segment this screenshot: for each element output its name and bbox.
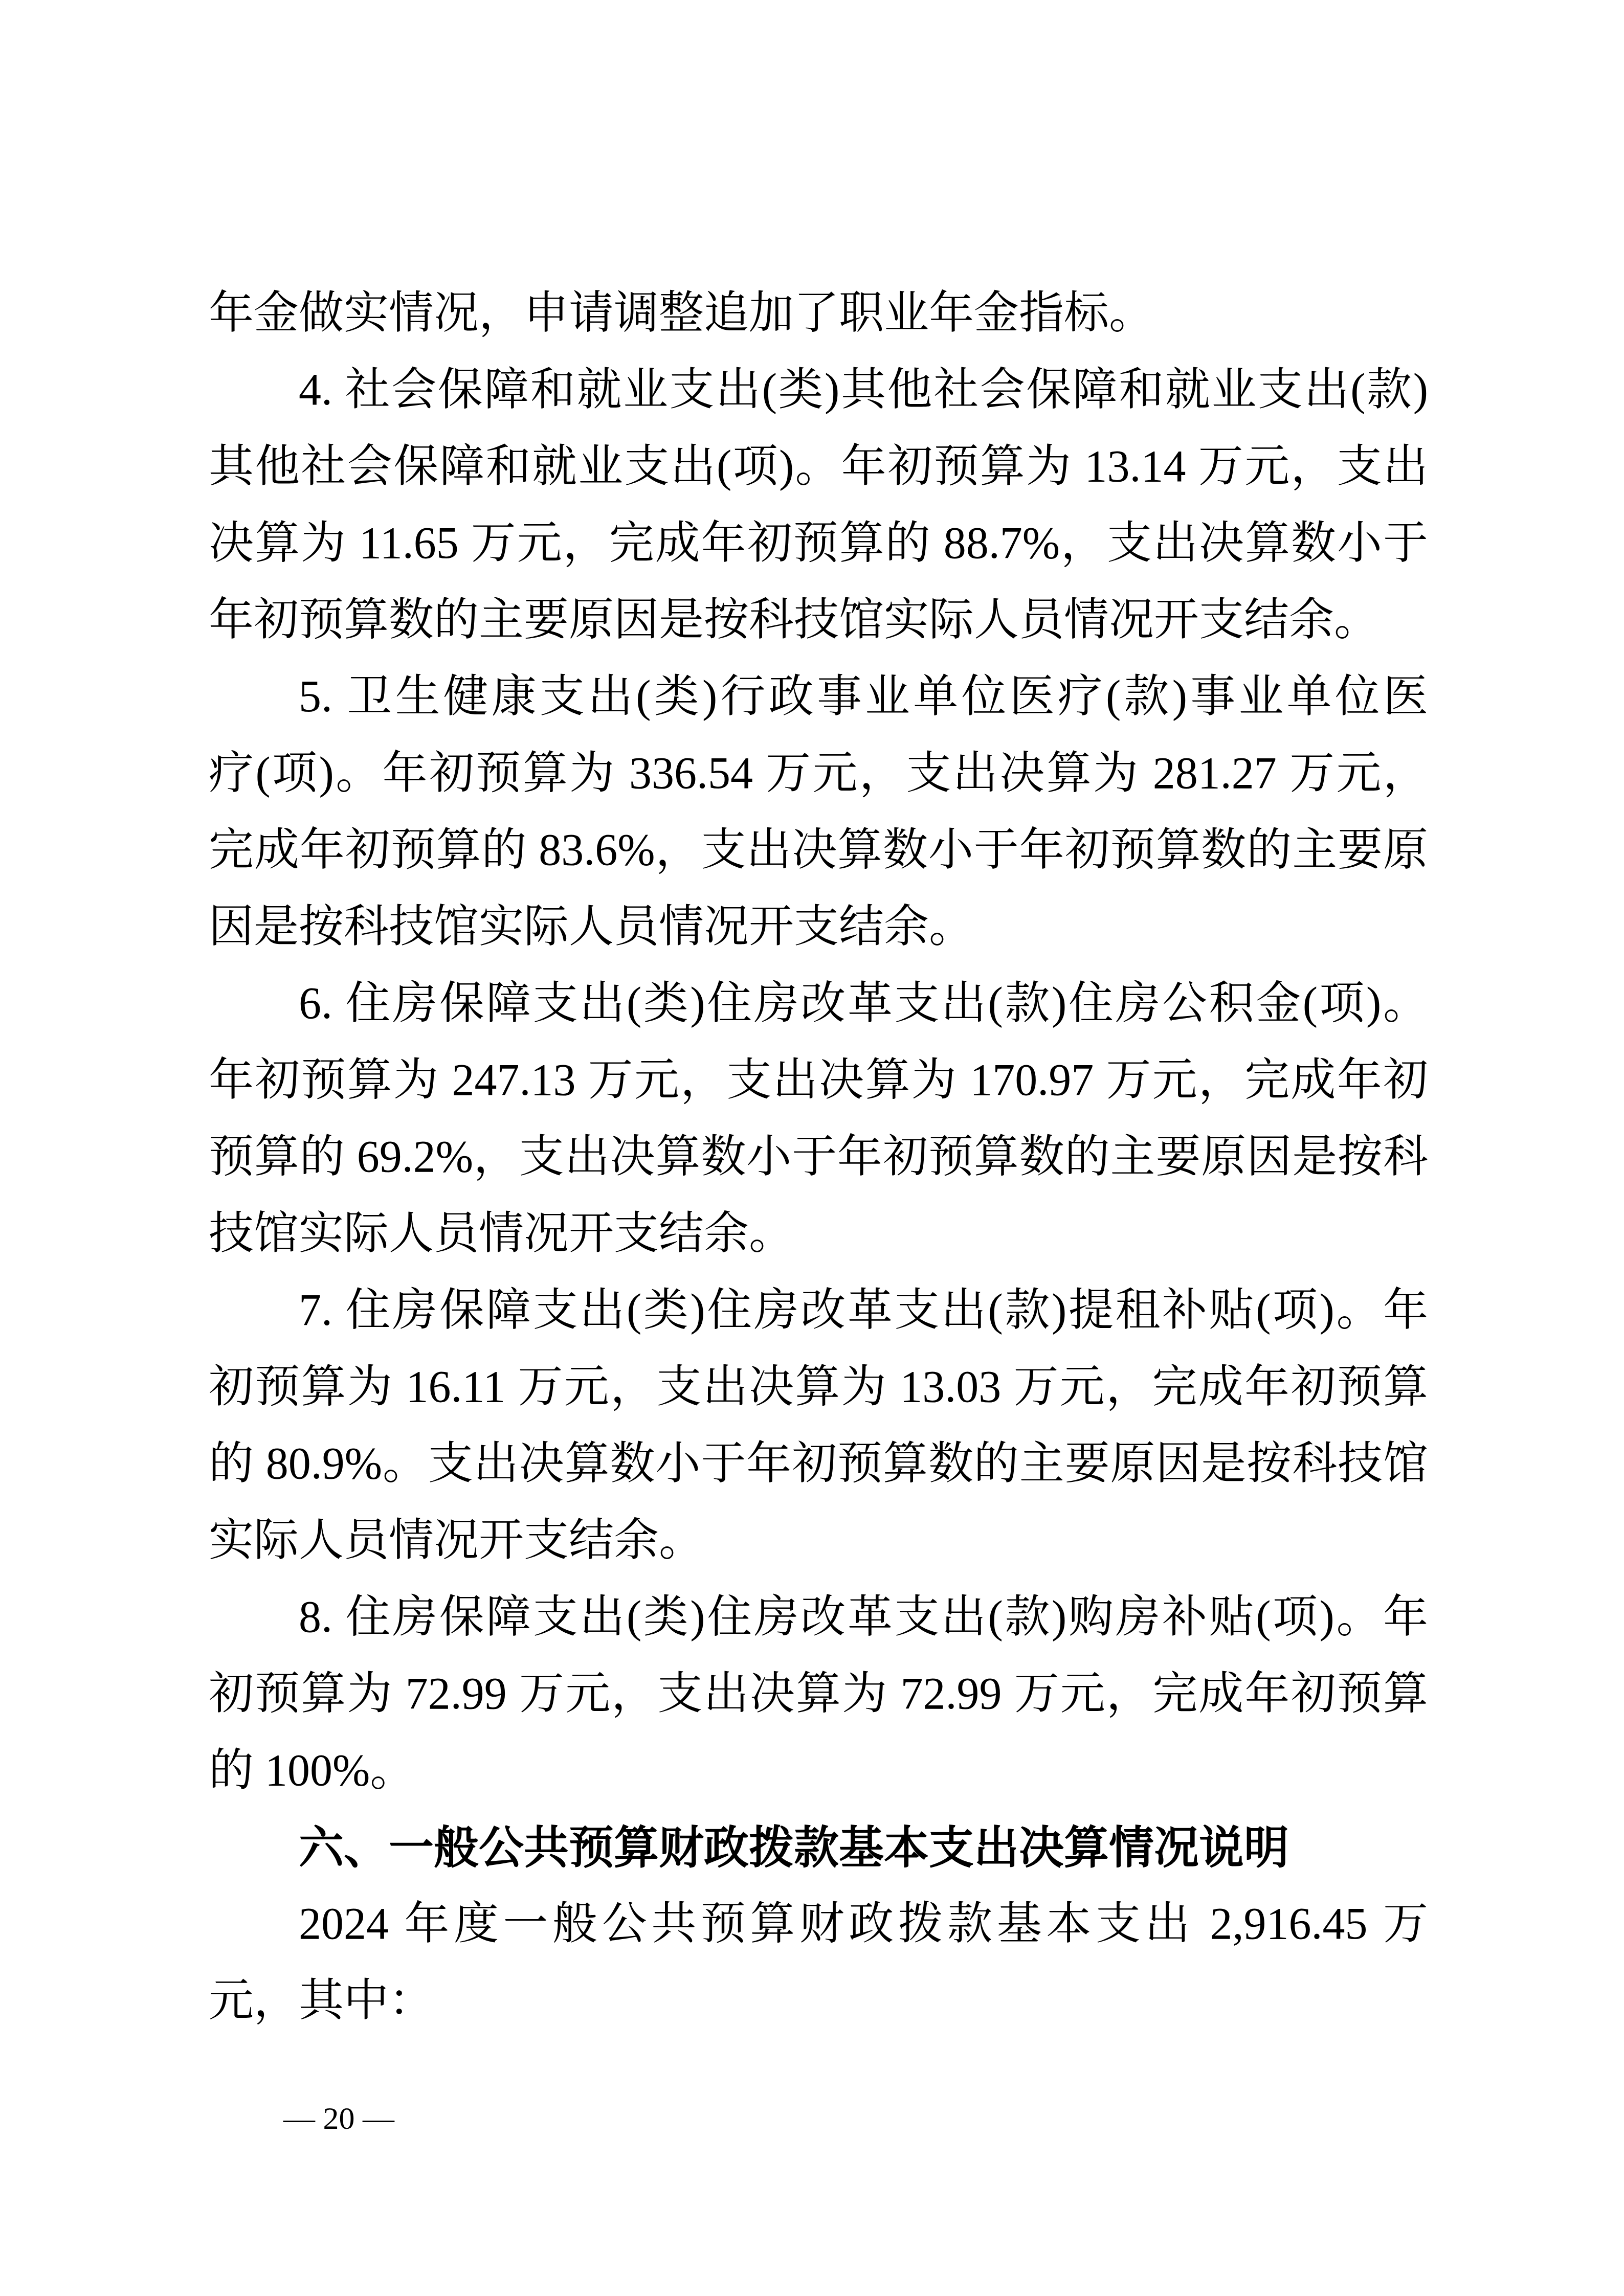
text-line: 6. 住房保障支出(类)住房改革支出(款)住房公积金(项)。: [209, 965, 1428, 1042]
text-line: 预算的 69.2%，支出决算数小于年初预算数的主要原因是按科: [209, 1119, 1428, 1196]
text-line: 完成年初预算的 83.6%，支出决算数小于年初预算数的主要原: [209, 812, 1428, 889]
text-line: 年初预算数的主要原因是按科技馆实际人员情况开支结余。: [209, 582, 1428, 659]
text-line: 4. 社会保障和就业支出(类)其他社会保障和就业支出(款): [209, 352, 1428, 429]
text-line: 因是按科技馆实际人员情况开支结余。: [209, 889, 1428, 965]
text-line: 年初预算为 247.13 万元，支出决算为 170.97 万元，完成年初: [209, 1042, 1428, 1119]
text-line: 实际人员情况开支结余。: [209, 1502, 1428, 1579]
page-footer: — 20 —: [252, 2050, 394, 2188]
page-number: — 20 —: [283, 2101, 394, 2136]
text-line: 元，其中：: [209, 1963, 1428, 2039]
text-line: 年金做实情况，申请调整追加了职业年金指标。: [209, 275, 1428, 352]
text-line: 初预算为 72.99 万元，支出决算为 72.99 万元，完成年初预算: [209, 1656, 1428, 1732]
text-line: 初预算为 16.11 万元，支出决算为 13.03 万元，完成年初预算: [209, 1349, 1428, 1426]
text-line: 8. 住房保障支出(类)住房改革支出(款)购房补贴(项)。年: [209, 1579, 1428, 1656]
text-line: 的 100%。: [209, 1732, 1428, 1809]
text-line: 7. 住房保障支出(类)住房改革支出(款)提租补贴(项)。年: [209, 1272, 1428, 1349]
text-line: 2024 年度一般公共预算财政拨款基本支出 2,916.45 万: [209, 1886, 1428, 1963]
section-heading-line: 六、一般公共预算财政拨款基本支出决算情况说明: [209, 1809, 1428, 1886]
document-body: 年金做实情况，申请调整追加了职业年金指标。4. 社会保障和就业支出(类)其他社会…: [209, 275, 1428, 2039]
text-line: 其他社会保障和就业支出(项)。年初预算为 13.14 万元，支出: [209, 429, 1428, 505]
text-line: 的 80.9%。支出决算数小于年初预算数的主要原因是按科技馆: [209, 1426, 1428, 1502]
text-line: 疗(项)。年初预算为 336.54 万元，支出决算为 281.27 万元，: [209, 735, 1428, 812]
document-page: 年金做实情况，申请调整追加了职业年金指标。4. 社会保障和就业支出(类)其他社会…: [0, 0, 1624, 2296]
text-line: 决算为 11.65 万元，完成年初预算的 88.7%，支出决算数小于: [209, 505, 1428, 582]
text-line: 5. 卫生健康支出(类)行政事业单位医疗(款)事业单位医: [209, 659, 1428, 735]
text-line: 技馆实际人员情况开支结余。: [209, 1196, 1428, 1272]
